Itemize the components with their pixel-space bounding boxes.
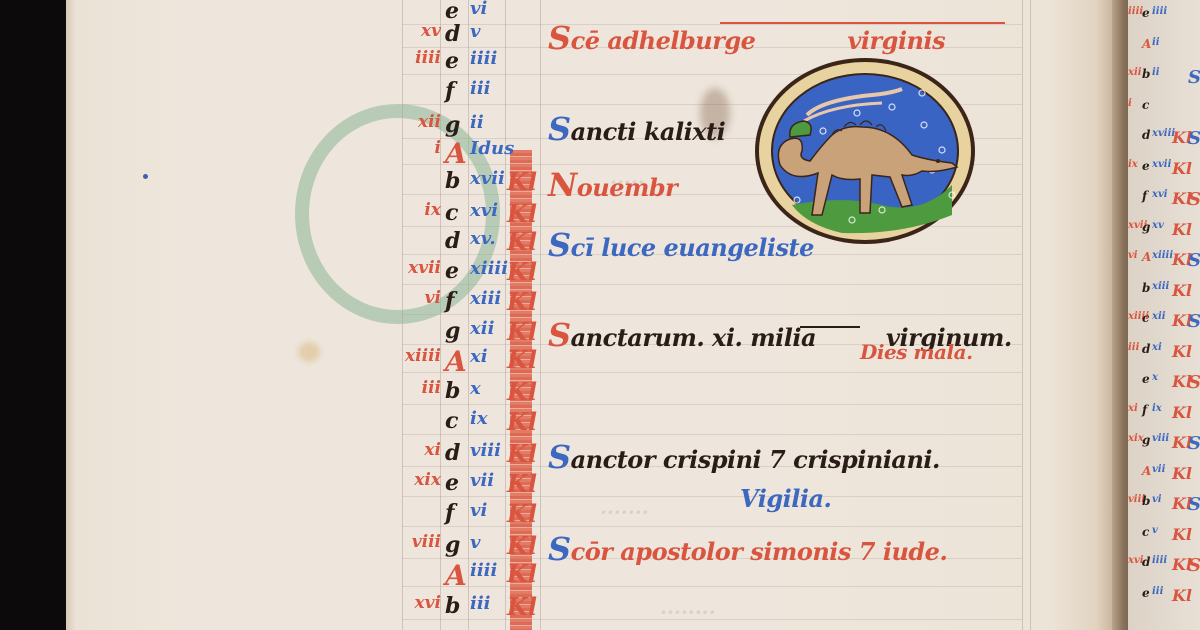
dominical-letter: c xyxy=(445,410,458,432)
show-through-text: ········ xyxy=(660,600,716,624)
dominical-letter: A xyxy=(1142,37,1151,51)
feast-entry: Sanctor crispini 7 crispiniani. xyxy=(548,438,940,476)
golden-number: iii xyxy=(403,380,441,397)
dominical-letter: g xyxy=(445,114,460,136)
roman-day: ix xyxy=(470,410,488,428)
roman-day: x xyxy=(470,380,481,398)
kalends-mark: Kl xyxy=(507,170,537,194)
feast-text: cōr apostolor simonis 7 iude. xyxy=(571,537,948,566)
roman-day: ii xyxy=(1152,37,1160,48)
golden-number: xi xyxy=(403,442,441,459)
kalends-mark: Kl xyxy=(507,534,537,558)
golden-number: xv xyxy=(403,23,441,40)
roman-day: xii xyxy=(1152,311,1166,322)
roman-day: vi xyxy=(1152,494,1162,505)
rubricated-initial: S xyxy=(548,19,571,57)
dominical-letter: g xyxy=(445,534,460,556)
dominical-letter: g xyxy=(1142,433,1150,447)
rubricated-initial: S xyxy=(548,110,571,148)
feast-text: cē adhelburge xyxy=(571,26,756,55)
feast-text: ouembr xyxy=(577,173,678,202)
feast-text: ancti kalixti xyxy=(571,117,726,146)
dies-mala-note: Dies mala. xyxy=(860,340,973,364)
roman-day: iiii xyxy=(1152,6,1167,17)
show-through-text: ······· xyxy=(600,500,649,524)
ruling-line xyxy=(1030,0,1031,630)
dominical-letter: g xyxy=(445,320,460,342)
ruling-line xyxy=(1022,0,1023,630)
golden-number: iiii xyxy=(1128,6,1142,17)
roman-day: xiii xyxy=(1152,281,1169,292)
roman-day: iiii xyxy=(1152,555,1167,566)
roman-day: v xyxy=(470,23,480,41)
golden-number: viii xyxy=(403,534,441,551)
ruling-line xyxy=(402,586,1022,587)
dominical-letter: b xyxy=(1142,281,1150,295)
dominical-letter: b xyxy=(445,595,460,617)
roman-day: xiii xyxy=(470,290,501,308)
ruling-line xyxy=(402,526,1022,527)
roman-day: iiii xyxy=(470,562,497,580)
roman-day: xvi xyxy=(1152,189,1168,200)
dominical-letter: c xyxy=(1142,525,1149,539)
feast-text: anctarum. xi. milia xyxy=(571,323,816,352)
kalends-mark: Kl xyxy=(507,472,537,496)
rubricated-initial: S xyxy=(1188,494,1200,515)
dominical-letter: b xyxy=(445,170,460,192)
kalends-mark: Kl xyxy=(1172,525,1192,544)
feast-entry: Nouembr xyxy=(548,166,677,204)
roman-day: xiiii xyxy=(470,260,508,278)
rubricated-initial: S xyxy=(548,438,571,476)
golden-number: iii xyxy=(1128,342,1142,353)
kalends-mark: Kl xyxy=(507,562,537,586)
ruling-line xyxy=(540,0,541,630)
kalends-mark: Kl xyxy=(1172,403,1192,422)
facing-page: iiiieiiiiAiixiibiiSicdxviiiKlSixexviiKlf… xyxy=(1128,0,1200,630)
kalends-mark: Kl xyxy=(1172,464,1192,483)
dominical-letter: c xyxy=(1142,98,1149,112)
golden-number: iiii xyxy=(403,50,441,67)
dominical-letter: e xyxy=(1142,6,1150,20)
roman-day: iiii xyxy=(470,50,497,68)
golden-number: xvii xyxy=(403,260,441,277)
feast-entry: Scē adhelburgevirginis xyxy=(548,19,945,57)
stain xyxy=(298,342,320,362)
rubricated-initial: S xyxy=(548,530,571,568)
roman-day: vi xyxy=(470,502,487,520)
roman-day: v xyxy=(1152,525,1158,536)
roman-day: xi xyxy=(1152,342,1162,353)
roman-day: xv. xyxy=(470,230,496,248)
ruling-line xyxy=(402,496,1022,497)
dominical-letter: e xyxy=(1142,372,1150,386)
rubricated-initial: S xyxy=(548,226,571,264)
roman-day: vii xyxy=(1152,464,1165,475)
golden-number: vi xyxy=(1128,250,1142,261)
golden-number: xvi xyxy=(1128,555,1142,566)
kalends-mark: Kl xyxy=(507,230,537,254)
roman-day: Idus xyxy=(470,140,514,158)
dominical-letter: A xyxy=(445,562,467,590)
feast-text-suffix: virginis xyxy=(847,26,945,55)
dominical-letter: d xyxy=(1142,342,1150,356)
feast-entry: Scōr apostolor simonis 7 iude. xyxy=(548,530,947,568)
kalends-mark: Kl xyxy=(507,202,537,226)
golden-number: xix xyxy=(1128,433,1142,444)
dominical-letter: b xyxy=(445,380,460,402)
ruling-line xyxy=(402,284,1022,285)
dominical-letter: A xyxy=(445,348,467,376)
roman-day: v xyxy=(470,534,480,552)
dominical-letter: d xyxy=(445,442,460,464)
scorpio-roundel-illustration xyxy=(752,55,978,247)
kalends-mark: Kl xyxy=(1172,281,1192,300)
golden-number: ix xyxy=(1128,159,1142,170)
kalends-mark: Kl xyxy=(507,290,537,314)
dominical-letter: c xyxy=(1142,311,1149,325)
dominical-letter: e xyxy=(445,260,459,282)
feast-text: anctor crispini 7 crispiniani. xyxy=(571,445,940,474)
rubricated-initial: S xyxy=(1188,311,1200,332)
kalends-mark: Kl xyxy=(1172,586,1192,605)
roman-day: iii xyxy=(1152,586,1163,597)
ruling-line xyxy=(468,0,469,630)
roman-day: ix xyxy=(1152,403,1162,414)
golden-number: xi xyxy=(1128,403,1142,414)
golden-number: i xyxy=(403,140,441,157)
kalends-mark: Kl xyxy=(507,260,537,284)
dominical-letter: b xyxy=(1142,67,1150,81)
rubricated-initial: N xyxy=(548,166,577,204)
roman-day: ii xyxy=(470,114,484,132)
golden-number: xvi xyxy=(403,595,441,612)
dominical-letter: f xyxy=(445,502,454,524)
dominical-letter: e xyxy=(1142,586,1150,600)
kalends-mark: Kl xyxy=(1172,220,1192,239)
rubricated-initial: S xyxy=(1188,250,1200,271)
rubricated-initial: S xyxy=(1188,67,1200,88)
dominical-letter: e xyxy=(445,472,459,494)
dominical-letter: d xyxy=(445,23,460,45)
roman-day: iii xyxy=(470,595,491,613)
golden-number: xii xyxy=(1128,67,1142,78)
line-filler-flourish xyxy=(800,326,860,328)
ruling-line xyxy=(402,314,1022,315)
dominical-letter: d xyxy=(1142,128,1150,142)
roman-day: xvii xyxy=(470,170,505,188)
roman-day: x xyxy=(1152,372,1158,383)
rubricated-initial: S xyxy=(548,316,571,354)
kalends-mark: Kl xyxy=(507,410,537,434)
golden-number: vi xyxy=(403,290,441,307)
dominical-letter: f xyxy=(445,290,454,312)
dominical-letter: b xyxy=(1142,494,1150,508)
kalends-mark: Kl xyxy=(507,595,537,619)
roman-day: xvi xyxy=(470,202,498,220)
ruling-line xyxy=(402,434,1022,435)
dominical-letter: f xyxy=(445,80,454,102)
rubricated-initial: S xyxy=(1188,128,1200,149)
roman-day: viii xyxy=(470,442,501,460)
dominical-letter: d xyxy=(445,230,460,252)
kalends-mark: Kl xyxy=(1172,159,1192,178)
line-filler-flourish xyxy=(720,22,1005,24)
rubricated-initial: S xyxy=(1188,372,1200,393)
golden-number: xii xyxy=(403,114,441,131)
vigil-note: Vigilia. xyxy=(740,484,831,513)
rubricated-initial: S xyxy=(1188,189,1200,210)
feast-entry: Sancti kalixti xyxy=(548,110,725,148)
blue-dot xyxy=(143,174,148,179)
golden-number: viii xyxy=(1128,494,1142,505)
kalends-mark: Kl xyxy=(507,348,537,372)
roman-day: ii xyxy=(1152,67,1160,78)
roman-day: viii xyxy=(1152,433,1169,444)
kalends-mark: Kl xyxy=(507,442,537,466)
roman-day: vii xyxy=(470,472,494,490)
kalends-mark: Kl xyxy=(507,502,537,526)
dominical-letter: f xyxy=(1142,189,1147,203)
roman-day: xvii xyxy=(1152,159,1171,170)
golden-number: xiiii xyxy=(1128,311,1142,322)
rubricated-initial: S xyxy=(1188,433,1200,454)
dominical-letter: d xyxy=(1142,555,1150,569)
ruling-line xyxy=(402,404,1022,405)
dominical-letter: f xyxy=(1142,403,1147,417)
dominical-letter: g xyxy=(1142,220,1150,234)
ruling-line xyxy=(505,0,506,630)
kalends-mark: Kl xyxy=(507,380,537,404)
kalends-mark: Kl xyxy=(1172,342,1192,361)
roman-day: vi xyxy=(470,0,487,18)
roman-day: xii xyxy=(470,320,494,338)
kalends-mark: Kl xyxy=(507,320,537,344)
dominical-letter: e xyxy=(445,50,459,72)
golden-number: xix xyxy=(403,472,441,489)
roman-day: xi xyxy=(470,348,488,366)
dominical-letter: A xyxy=(445,140,467,168)
golden-number: xiiii xyxy=(403,348,441,365)
dominical-letter: A xyxy=(1142,464,1151,478)
roman-day: xiiii xyxy=(1152,250,1173,261)
dominical-letter: e xyxy=(1142,159,1150,173)
golden-number: xvii xyxy=(1128,220,1142,231)
dominical-letter: e xyxy=(445,0,459,22)
golden-number: i xyxy=(1128,98,1142,109)
roman-day: xv xyxy=(1152,220,1164,231)
dominical-letter: A xyxy=(1142,250,1151,264)
ruling-line xyxy=(402,372,1022,373)
roman-day: iii xyxy=(470,80,491,98)
golden-number: ix xyxy=(403,202,441,219)
rubricated-initial: S xyxy=(1188,555,1200,576)
dominical-letter: c xyxy=(445,202,458,224)
